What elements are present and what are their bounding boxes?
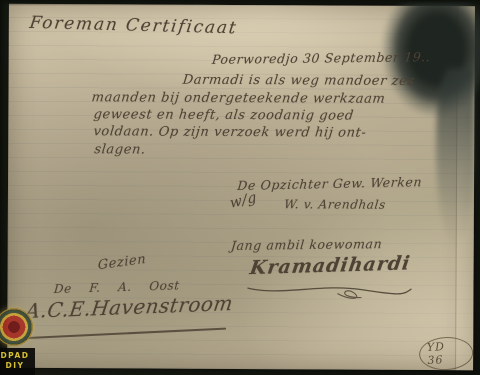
document-title: Foreman Certificaat — [28, 13, 238, 38]
archive-emblem-icon — [0, 308, 33, 346]
body-line: maanden bij ondergeteekende werkzaam — [91, 90, 386, 107]
closing-role-line: De Opzichter Gew. Werken — [237, 174, 423, 193]
archive-watermark: DPAD DIY — [0, 306, 45, 375]
body-line: geweest en heeft, als zoodanig goed — [93, 107, 355, 123]
endorsement-signature-underline — [24, 328, 226, 340]
seen-label: Gezien — [98, 252, 147, 274]
watermark-text-line: DIY — [0, 361, 35, 371]
body-line: Darmadi is als weg mandoer zes — [182, 73, 416, 89]
body-line: slagen. — [94, 142, 147, 157]
edge-stain — [436, 68, 475, 246]
signed-abbreviation: w/g — [229, 189, 258, 211]
archive-watermark-label: DPAD DIY — [0, 348, 35, 375]
recipient-line: Jang ambil koewoman — [230, 236, 383, 253]
watermark-text-line: DPAD — [0, 351, 35, 361]
recipient-signature: Kramadihardi — [248, 252, 412, 279]
scanned-certificate: Foreman Certificaat Poerworedjo 30 Septe… — [0, 0, 480, 375]
place-date-line: Poerworedjo 30 September 19.. — [211, 49, 431, 67]
scan-border-top — [0, 0, 480, 6]
overseer-name: W. v. Arendhals — [283, 197, 386, 212]
signature-flourish — [245, 281, 413, 300]
ruled-paper-sheet: Foreman Certificaat Poerworedjo 30 Septe… — [7, 4, 475, 370]
body-line: voldaan. Op zijn verzoek werd hij ont- — [93, 124, 368, 140]
